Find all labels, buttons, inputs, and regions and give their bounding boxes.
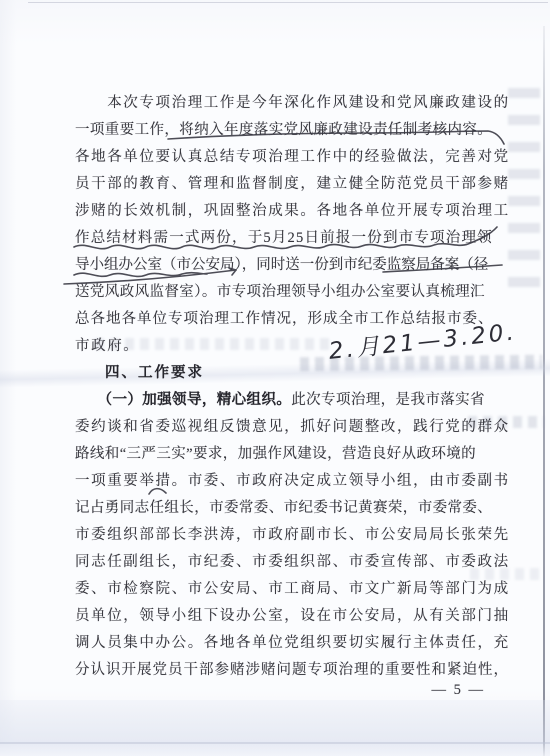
text-line: 路线和“三严三实”要求，加强作风建设，营造良好从政环境的 — [75, 444, 505, 466]
text-line: 委、市检察院、市公安局、市工商局、市文广新局等部门为成 — [75, 579, 505, 601]
text-line: 一项重要举措。市委、市政府决定成立领导小组，由市委副书 — [75, 471, 505, 493]
text-line: 送党风政风监督室）。市专项治理领导小组办公室要认真梳理汇 — [75, 282, 505, 304]
text-segment: 此次专项治理，是我市落实省 — [291, 392, 485, 408]
scan-edge-right — [543, 26, 545, 756]
text-line: 记占勇同志任组长，市委常委、市纪委书记黄赛荣，市委常委、 — [75, 498, 505, 520]
text-line: 委约谈和省委巡视组反馈意见，抓好问题整改，践行党的群众 — [75, 417, 505, 439]
text-line: 涉赌的长效机制，巩固整治成果。各地各单位开展专项治理工 — [75, 201, 505, 223]
scan-shadow-bottom — [0, 700, 550, 756]
subheading-bold: （一）加强领导，精心组织。 — [75, 392, 291, 408]
text-line: 员单位，领导小组下设办公室，设在市公安局，从有关部门抽 — [75, 606, 505, 628]
page-number: — 5 — — [75, 682, 485, 699]
text-line: 各地各单位要认真总结专项治理工作中的经验做法，完善对党 — [75, 147, 505, 169]
text-line: 员干部的教育、管理和监督制度，建立健全防范党员干部参赌 — [75, 174, 505, 196]
scan-edge-top — [28, 2, 548, 3]
text-line: 分认识开展党员干部参赌涉赌问题专项治理的重要性和紧迫性， — [75, 660, 505, 682]
scan-shadow-bottom-edge — [0, 742, 550, 744]
text-line: 同志任副组长，市纪委、市委组织部、市委宣传部、市委政法 — [75, 552, 505, 574]
text-line: （一）加强领导，精心组织。此次专项治理，是我市落实省 — [75, 390, 505, 412]
text-line: 本次专项治理工作是今年深化作风建设和党风廉政建设的 — [75, 93, 505, 115]
text-line: 作总结材料需一式两份，于5月25日前报一份到市专项治理领 — [75, 228, 505, 250]
text-line: 调人员集中办公。各地各单位党组织要切实履行主体责任，充 — [75, 633, 505, 655]
section-heading: 四、工作要求 — [75, 363, 535, 385]
text-line: 导小组办公室（市公安局），同时送一份到市纪委监察局备案（径 — [75, 255, 505, 277]
text-line: 一项重要工作，将纳入年度落实党风廉政建设责任制考核内容。 — [75, 120, 505, 142]
text-line: 市委组织部部长李洪涛，市政府副市长、市公安局局长张荣先 — [75, 525, 505, 547]
